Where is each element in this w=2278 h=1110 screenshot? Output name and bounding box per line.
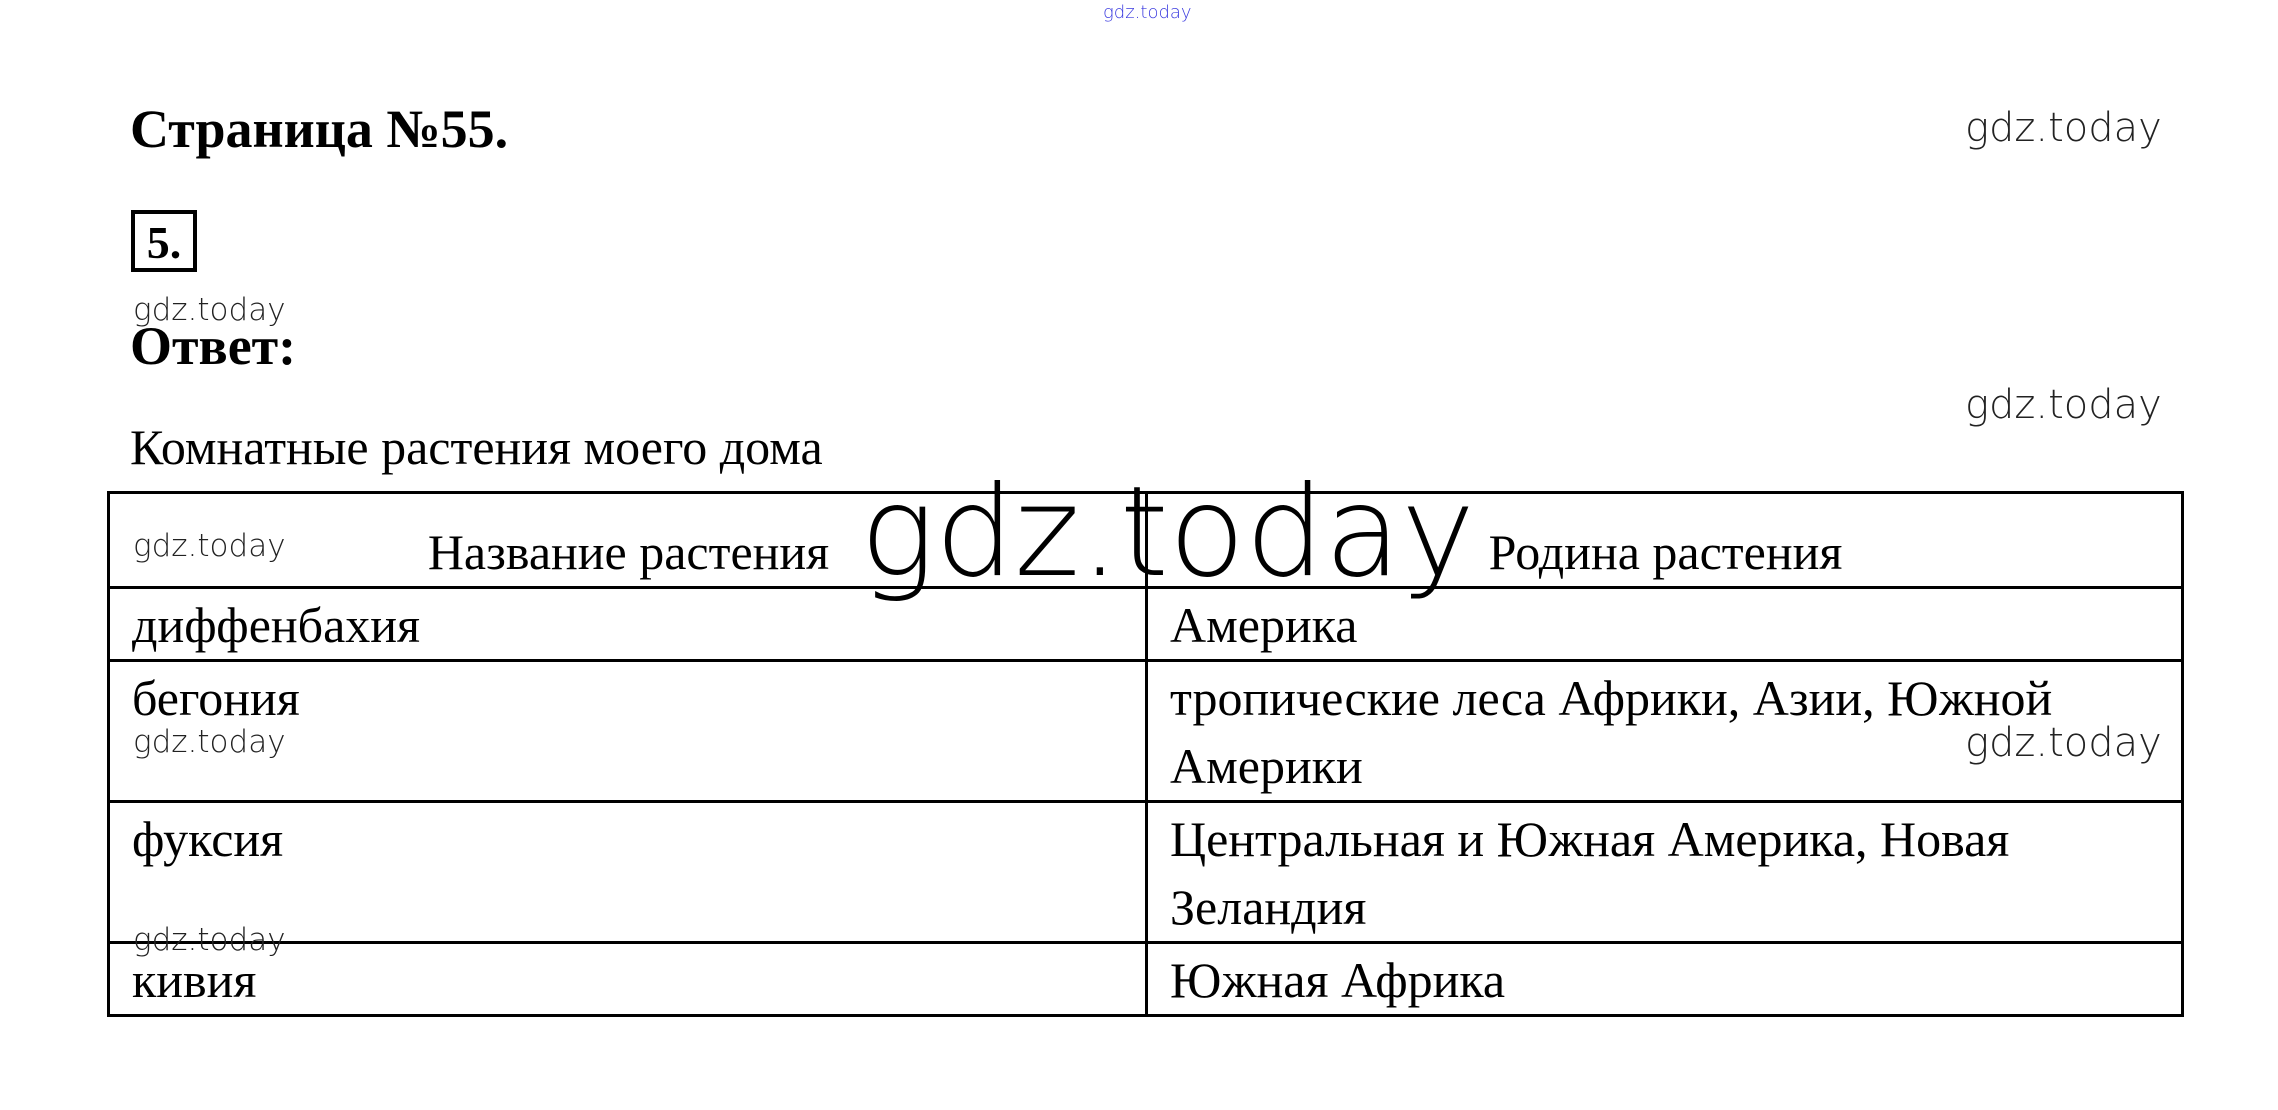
plant-origin-cell: Центральная и Южная Америка, Новая Зелан…	[1147, 802, 2183, 943]
large-watermark: gdz.today	[860, 460, 1475, 605]
table-row: бегония тропические леса Африки, Азии, Ю…	[109, 661, 2183, 802]
watermark: gdz.today	[133, 724, 286, 760]
watermark: gdz.today	[1965, 382, 2162, 428]
plant-origin-cell: Южная Африка	[1147, 943, 2183, 1016]
task-number-box: 5.	[131, 210, 197, 272]
watermark: gdz.today	[133, 528, 286, 564]
table-row: фуксия Центральная и Южная Америка, Нова…	[109, 802, 2183, 943]
page-title: Страница №55.	[130, 98, 508, 160]
table-row: кивия Южная Африка	[109, 943, 2183, 1016]
watermark: gdz.today	[133, 922, 286, 958]
table-caption: Комнатные растения моего дома	[130, 418, 823, 476]
top-watermark: gdz.today	[1103, 2, 1192, 23]
watermark: gdz.today	[133, 292, 286, 328]
watermark: gdz.today	[1965, 105, 2162, 151]
watermark: gdz.today	[1965, 720, 2162, 766]
